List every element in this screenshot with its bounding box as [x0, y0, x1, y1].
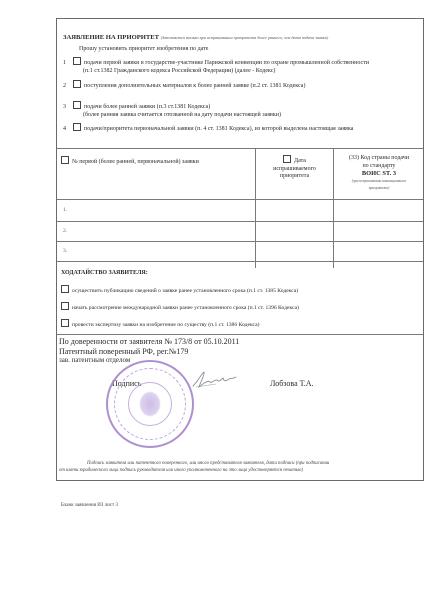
checkbox[interactable] [73, 123, 81, 131]
checkbox[interactable] [61, 319, 69, 327]
seal-emblem-icon [139, 391, 161, 417]
table-header-application-number[interactable]: № первой (более ранней, первоначальной) … [61, 156, 199, 165]
table-row-2-label: 2. [63, 228, 67, 234]
form-footer: Бланк заявления ИЗ лист 3 [61, 503, 118, 508]
option-text: начать рассмотрение международной заявки… [72, 305, 299, 311]
option-number: 1 [63, 60, 73, 66]
table-row-1-label: 1. [63, 207, 67, 213]
priority-intro: Прошу установить приоритет изобретения п… [79, 46, 208, 52]
header-note: приоритета) [334, 185, 424, 192]
header-line[interactable]: Дата [256, 155, 333, 166]
signer-name: Лобзова Т.А. [270, 379, 314, 388]
priority-option-4[interactable]: 4подачи/приоритета первоначальной заявки… [63, 123, 353, 132]
option-text: провести экспертизу заявки на изобретени… [72, 322, 259, 328]
header-label: (33) Код страны подачи [334, 155, 424, 163]
row-divider [57, 221, 423, 222]
petition-option-3[interactable]: провести экспертизу заявки на изобретени… [61, 319, 259, 328]
checkbox[interactable] [73, 80, 81, 88]
option-number: 3 [63, 104, 73, 110]
row-divider [57, 261, 423, 262]
priority-option-3-cont: (более ранняя заявка считается отозванно… [83, 112, 281, 118]
option-text: поступления дополнительных материалов к … [84, 83, 305, 89]
header-label: Дата [294, 158, 306, 164]
header-label: ВОИС ST. 3 [334, 170, 424, 178]
petition-section-title: ХОДАТАЙСТВО ЗАЯВИТЕЛЯ: [61, 270, 148, 276]
checkbox[interactable] [61, 285, 69, 293]
option-text: подачи/приоритета первоначальной заявки … [84, 126, 353, 132]
header-label: № первой (более ранней, первоначальной) … [72, 159, 199, 165]
option-number: 2 [63, 83, 73, 89]
priority-option-2[interactable]: 2поступления дополнительных материалов к… [63, 80, 305, 89]
checkbox[interactable] [61, 156, 69, 164]
petition-option-2[interactable]: начать рассмотрение международной заявки… [61, 302, 299, 311]
row-divider [57, 241, 423, 242]
checkbox[interactable] [61, 302, 69, 310]
priority-option-1-cont: (п.1 ст.1382 Гражданского кодекса Россий… [83, 68, 275, 74]
priority-section-note: (Заполняется только при испрашивании при… [161, 35, 329, 40]
option-text: осуществить публикацию сведений о заявке… [72, 288, 298, 294]
document-page: ЗАЯВЛЕНИЕ НА ПРИОРИТЕТ (Заполняется толь… [0, 0, 436, 600]
checkbox[interactable] [73, 57, 81, 65]
table-row-3-label: 3. [63, 248, 67, 254]
official-seal-stamp [106, 360, 194, 448]
priority-option-1[interactable]: 1подачи первой заявки в государстве-учас… [63, 57, 369, 66]
option-number: 4 [63, 126, 73, 132]
priority-section-title: ЗАЯВЛЕНИЕ НА ПРИОРИТЕТ [63, 34, 159, 41]
priority-section-header: ЗАЯВЛЕНИЕ НА ПРИОРИТЕТ (Заполняется толь… [63, 34, 328, 41]
header-label: по стандарту [334, 163, 424, 171]
option-text: подачи первой заявки в государстве-участ… [84, 60, 369, 66]
attorney-registration: Патентный поверенный РФ, рег.№179 [59, 347, 239, 357]
divider [57, 199, 423, 200]
petition-option-1[interactable]: осуществить публикацию сведений о заявке… [61, 285, 298, 294]
priority-option-3[interactable]: 3подачи более ранней заявки (п.3 ст.1381… [63, 101, 210, 110]
checkbox[interactable] [73, 101, 81, 109]
handwritten-signature-icon [190, 369, 238, 391]
option-text: подачи более ранней заявки (п.3 ст.1381 … [84, 104, 210, 110]
divider [57, 148, 423, 149]
header-label: приоритета [256, 173, 333, 181]
checkbox[interactable] [283, 155, 291, 163]
power-of-attorney: По доверенности от заявителя № 173/8 от … [59, 337, 239, 347]
header-note: (при испрашивании конвенционного [334, 178, 424, 185]
header-label: испрашиваемого [256, 166, 333, 174]
table-header-country-code: (33) Код страны подачи по стандарту ВОИС… [334, 155, 424, 192]
note-line: от имени юридического лица подпись руков… [59, 467, 329, 474]
signature-note: Подпись заявителя или патентного поверен… [59, 460, 329, 474]
table-header-priority-date: Дата испрашиваемого приоритета [256, 155, 333, 181]
divider [57, 334, 423, 335]
note-line: Подпись заявителя или патентного поверен… [59, 460, 329, 467]
